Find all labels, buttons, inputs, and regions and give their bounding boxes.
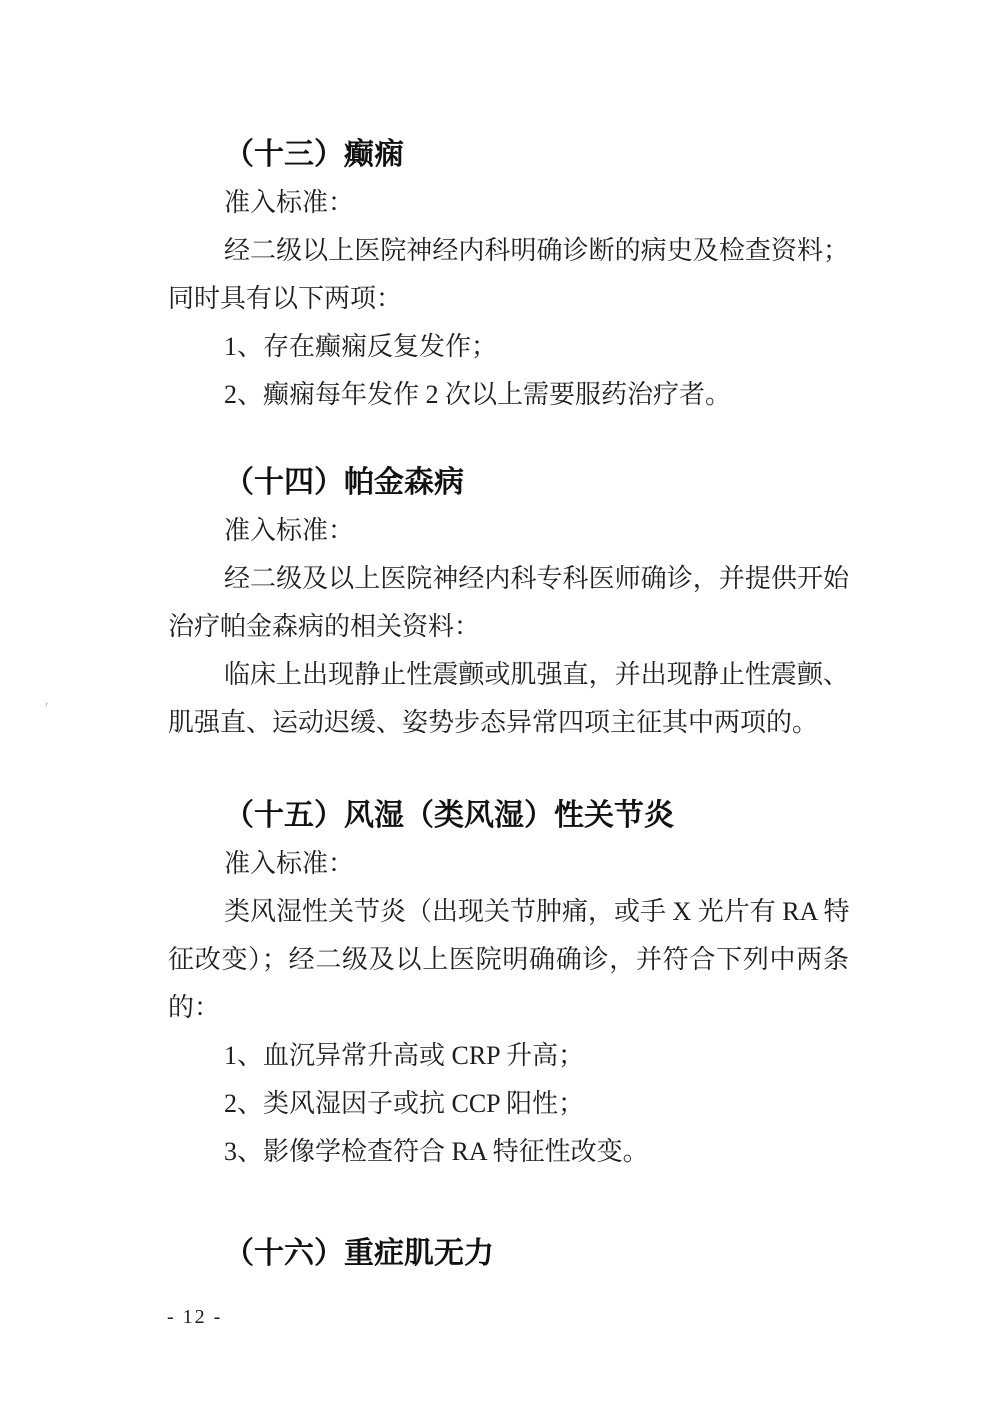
- document-body: （十三）癫痫 准入标准： 经二级以上医院神经内科明确诊断的病史及检查资料； 同时…: [168, 131, 849, 1278]
- paragraph-line: 临床上出现静止性震颤或肌强直，并出现静止性震颤、: [168, 651, 849, 699]
- admission-criteria-label: 准入标准：: [168, 507, 849, 555]
- paragraph-line: 同时具有以下两项：: [168, 275, 849, 323]
- paragraph-line: 肌强直、运动迟缓、姿势步态异常四项主征其中两项的。: [168, 699, 849, 747]
- page-number: - 12 -: [167, 1306, 222, 1329]
- numbered-item: 3、影像学检查符合 RA 特征性改变。: [168, 1128, 849, 1176]
- section-14-parkinsons: （十四）帕金森病 准入标准： 经二级及以上医院神经内科专科医师确诊，并提供开始 …: [168, 459, 849, 747]
- section-15-rheumatoid-arthritis: （十五）风湿（类风湿）性关节炎 准入标准： 类风湿性关节炎（出现关节肿痛，或手 …: [168, 792, 849, 1176]
- scan-speck-artifact: ': [42, 700, 49, 718]
- paragraph-line: 经二级及以上医院神经内科专科医师确诊，并提供开始: [168, 555, 849, 603]
- paragraph-line: 征改变）；经二级及以上医院明确确诊，并符合下列中两条: [168, 936, 849, 984]
- numbered-item: 1、存在癫痫反复发作；: [168, 323, 849, 371]
- paragraph-line: 的：: [168, 984, 849, 1032]
- paragraph-line: 类风湿性关节炎（出现关节肿痛，或手 X 光片有 RA 特: [168, 888, 849, 936]
- numbered-item: 1、血沉异常升高或 CRP 升高；: [168, 1032, 849, 1080]
- admission-criteria-label: 准入标准：: [168, 179, 849, 227]
- section-13-epilepsy: （十三）癫痫 准入标准： 经二级以上医院神经内科明确诊断的病史及检查资料； 同时…: [168, 131, 849, 419]
- section-heading: （十六）重症肌无力: [168, 1230, 849, 1278]
- paragraph-line: 治疗帕金森病的相关资料：: [168, 603, 849, 651]
- numbered-item: 2、类风湿因子或抗 CCP 阳性；: [168, 1080, 849, 1128]
- section-heading: （十三）癫痫: [168, 131, 849, 179]
- admission-criteria-label: 准入标准：: [168, 840, 849, 888]
- section-heading: （十四）帕金森病: [168, 459, 849, 507]
- paragraph-line: 经二级以上医院神经内科明确诊断的病史及检查资料；: [168, 227, 849, 275]
- section-heading: （十五）风湿（类风湿）性关节炎: [168, 792, 849, 840]
- document-page: （十三）癫痫 准入标准： 经二级以上医院神经内科明确诊断的病史及检查资料； 同时…: [0, 0, 1000, 1414]
- numbered-item: 2、癫痫每年发作 2 次以上需要服药治疗者。: [168, 371, 849, 419]
- section-16-myasthenia-gravis: （十六）重症肌无力: [168, 1230, 849, 1278]
